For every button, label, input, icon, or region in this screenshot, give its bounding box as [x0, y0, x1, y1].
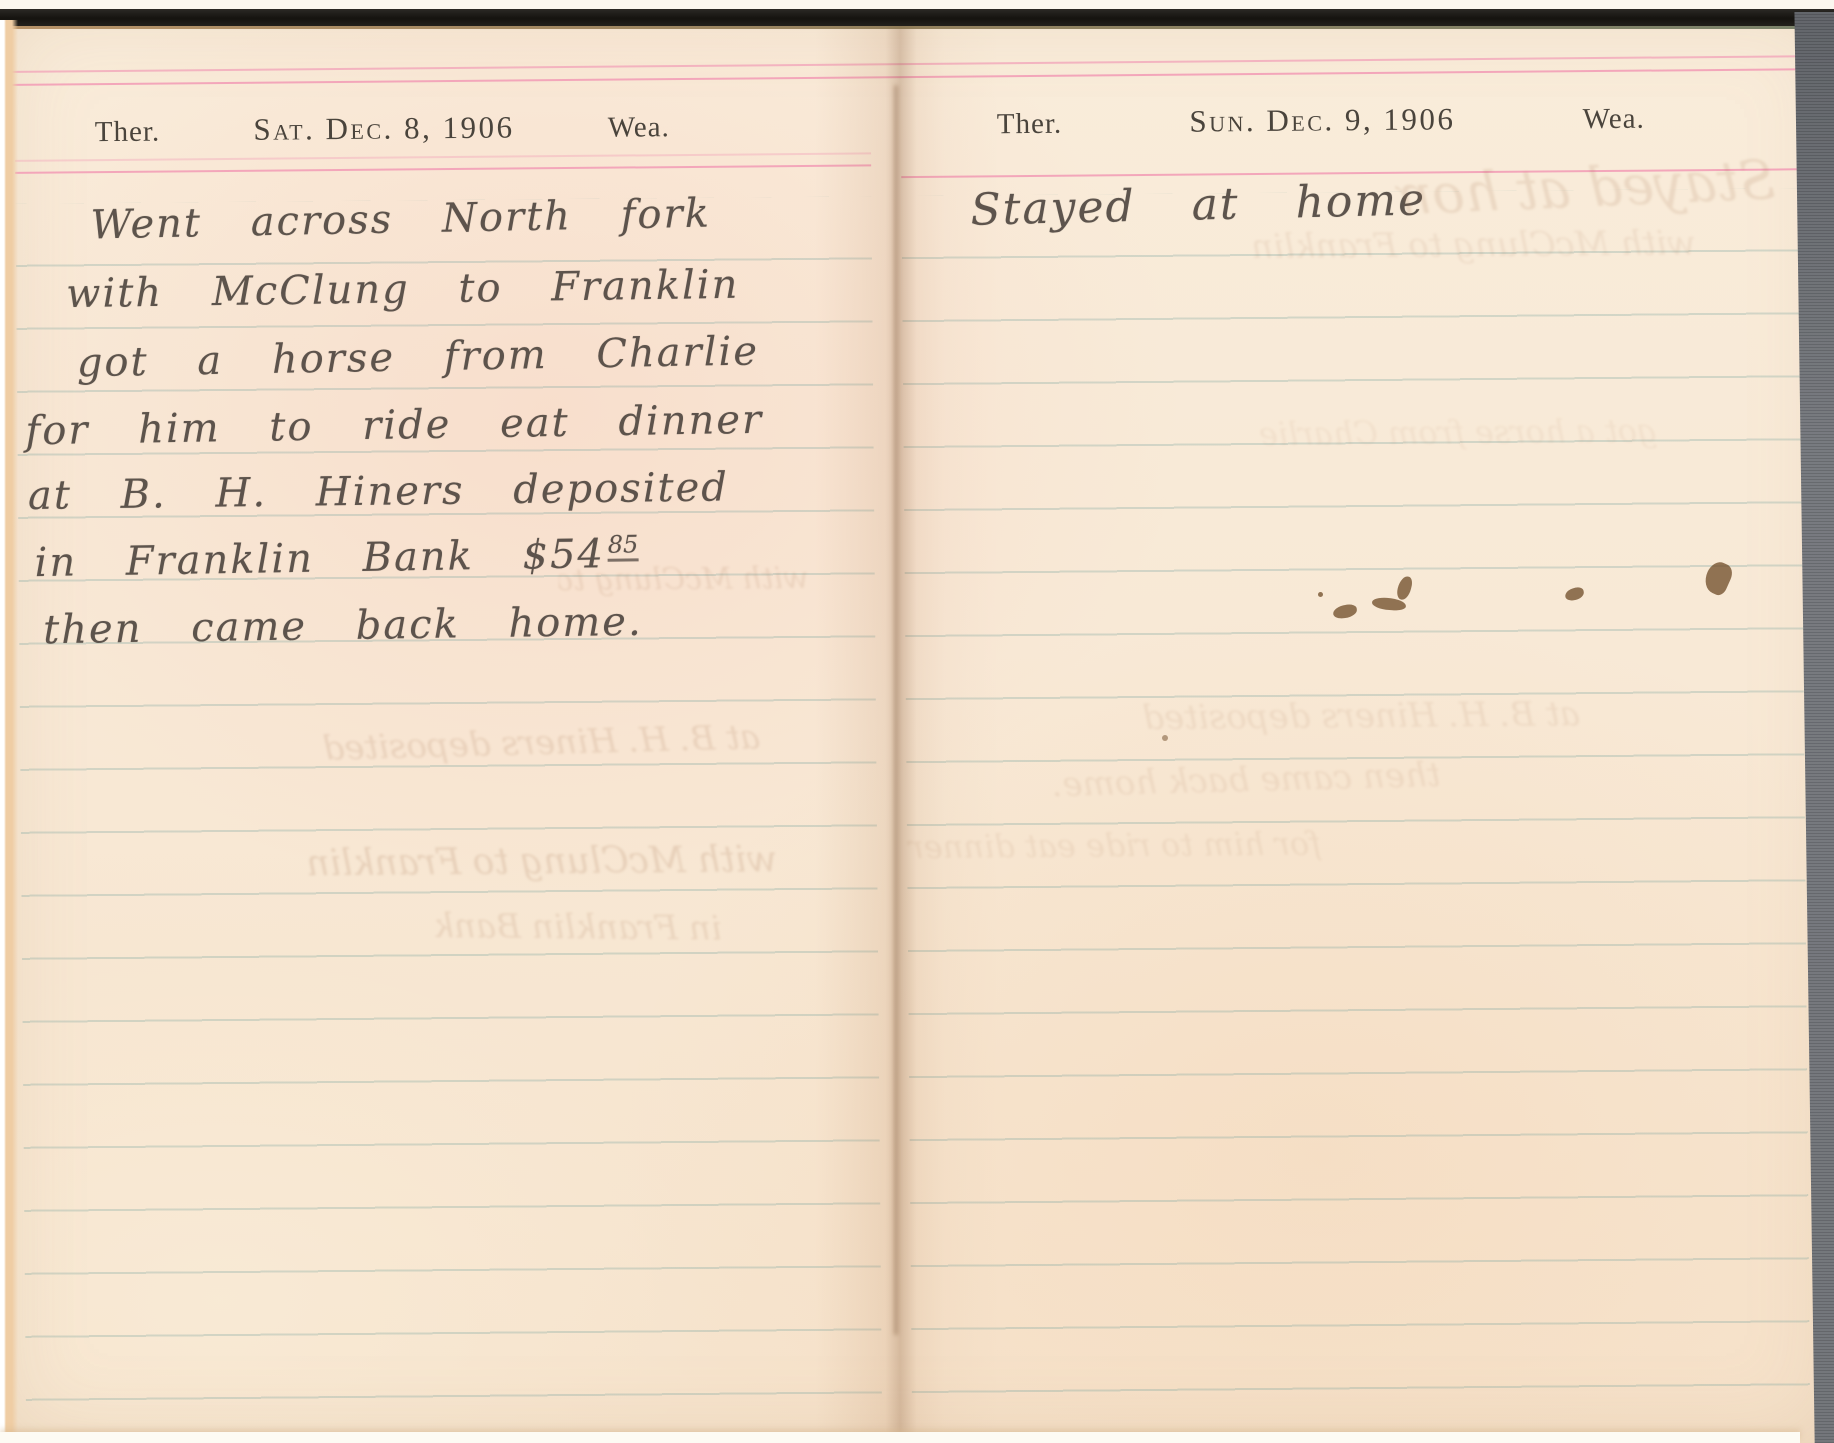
- deposit-amount-cents: 85: [608, 530, 639, 561]
- right-date-heading: Sun. Dec. 9, 1906: [1189, 101, 1455, 139]
- book-cover-top-edge: [0, 9, 1834, 26]
- diary-entry-line: Stayed at home: [970, 174, 1427, 235]
- left-date-heading: Sat. Dec. 8, 1906: [253, 109, 514, 147]
- diary-entry-line: then came back home.: [43, 599, 643, 653]
- ink-speck: [1318, 592, 1323, 597]
- thermometer-label: Ther.: [997, 108, 1063, 142]
- weather-label: Wea.: [1583, 103, 1645, 137]
- right-page-ruled-lines: [901, 188, 1810, 1432]
- thermometer-label: Ther.: [95, 116, 161, 150]
- left-page-header: Ther. Sat. Dec. 8, 1906 Wea.: [95, 108, 670, 149]
- diary-entry-line: at B. H. Hiners deposited: [28, 464, 729, 519]
- right-page-header: Ther. Sun. Dec. 9, 1906 Wea.: [997, 100, 1645, 142]
- page-block-left-edge: [0, 20, 18, 1435]
- deposit-amount-dollars: $54: [522, 531, 605, 578]
- left-header-rule-line: [15, 152, 871, 161]
- diary-entry-line: with McClung to Franklin: [66, 262, 740, 317]
- diary-scan: Ther. Sat. Dec. 8, 1906 Wea. Ther. Sun. …: [0, 0, 1834, 1443]
- ink-speck: [1162, 735, 1168, 741]
- spine-crease: [894, 85, 898, 1335]
- weather-label: Wea.: [608, 111, 670, 145]
- book-cover-edge-highlight: [0, 26, 1834, 29]
- page-gutter-shadow: [815, 12, 1000, 1443]
- page-bottom-edge: [0, 1432, 1800, 1443]
- left-header-rule-line: [15, 164, 871, 173]
- diary-entry-line: in Franklin Bank $5485: [34, 530, 639, 586]
- diary-entry-text: in Franklin Bank: [34, 533, 474, 586]
